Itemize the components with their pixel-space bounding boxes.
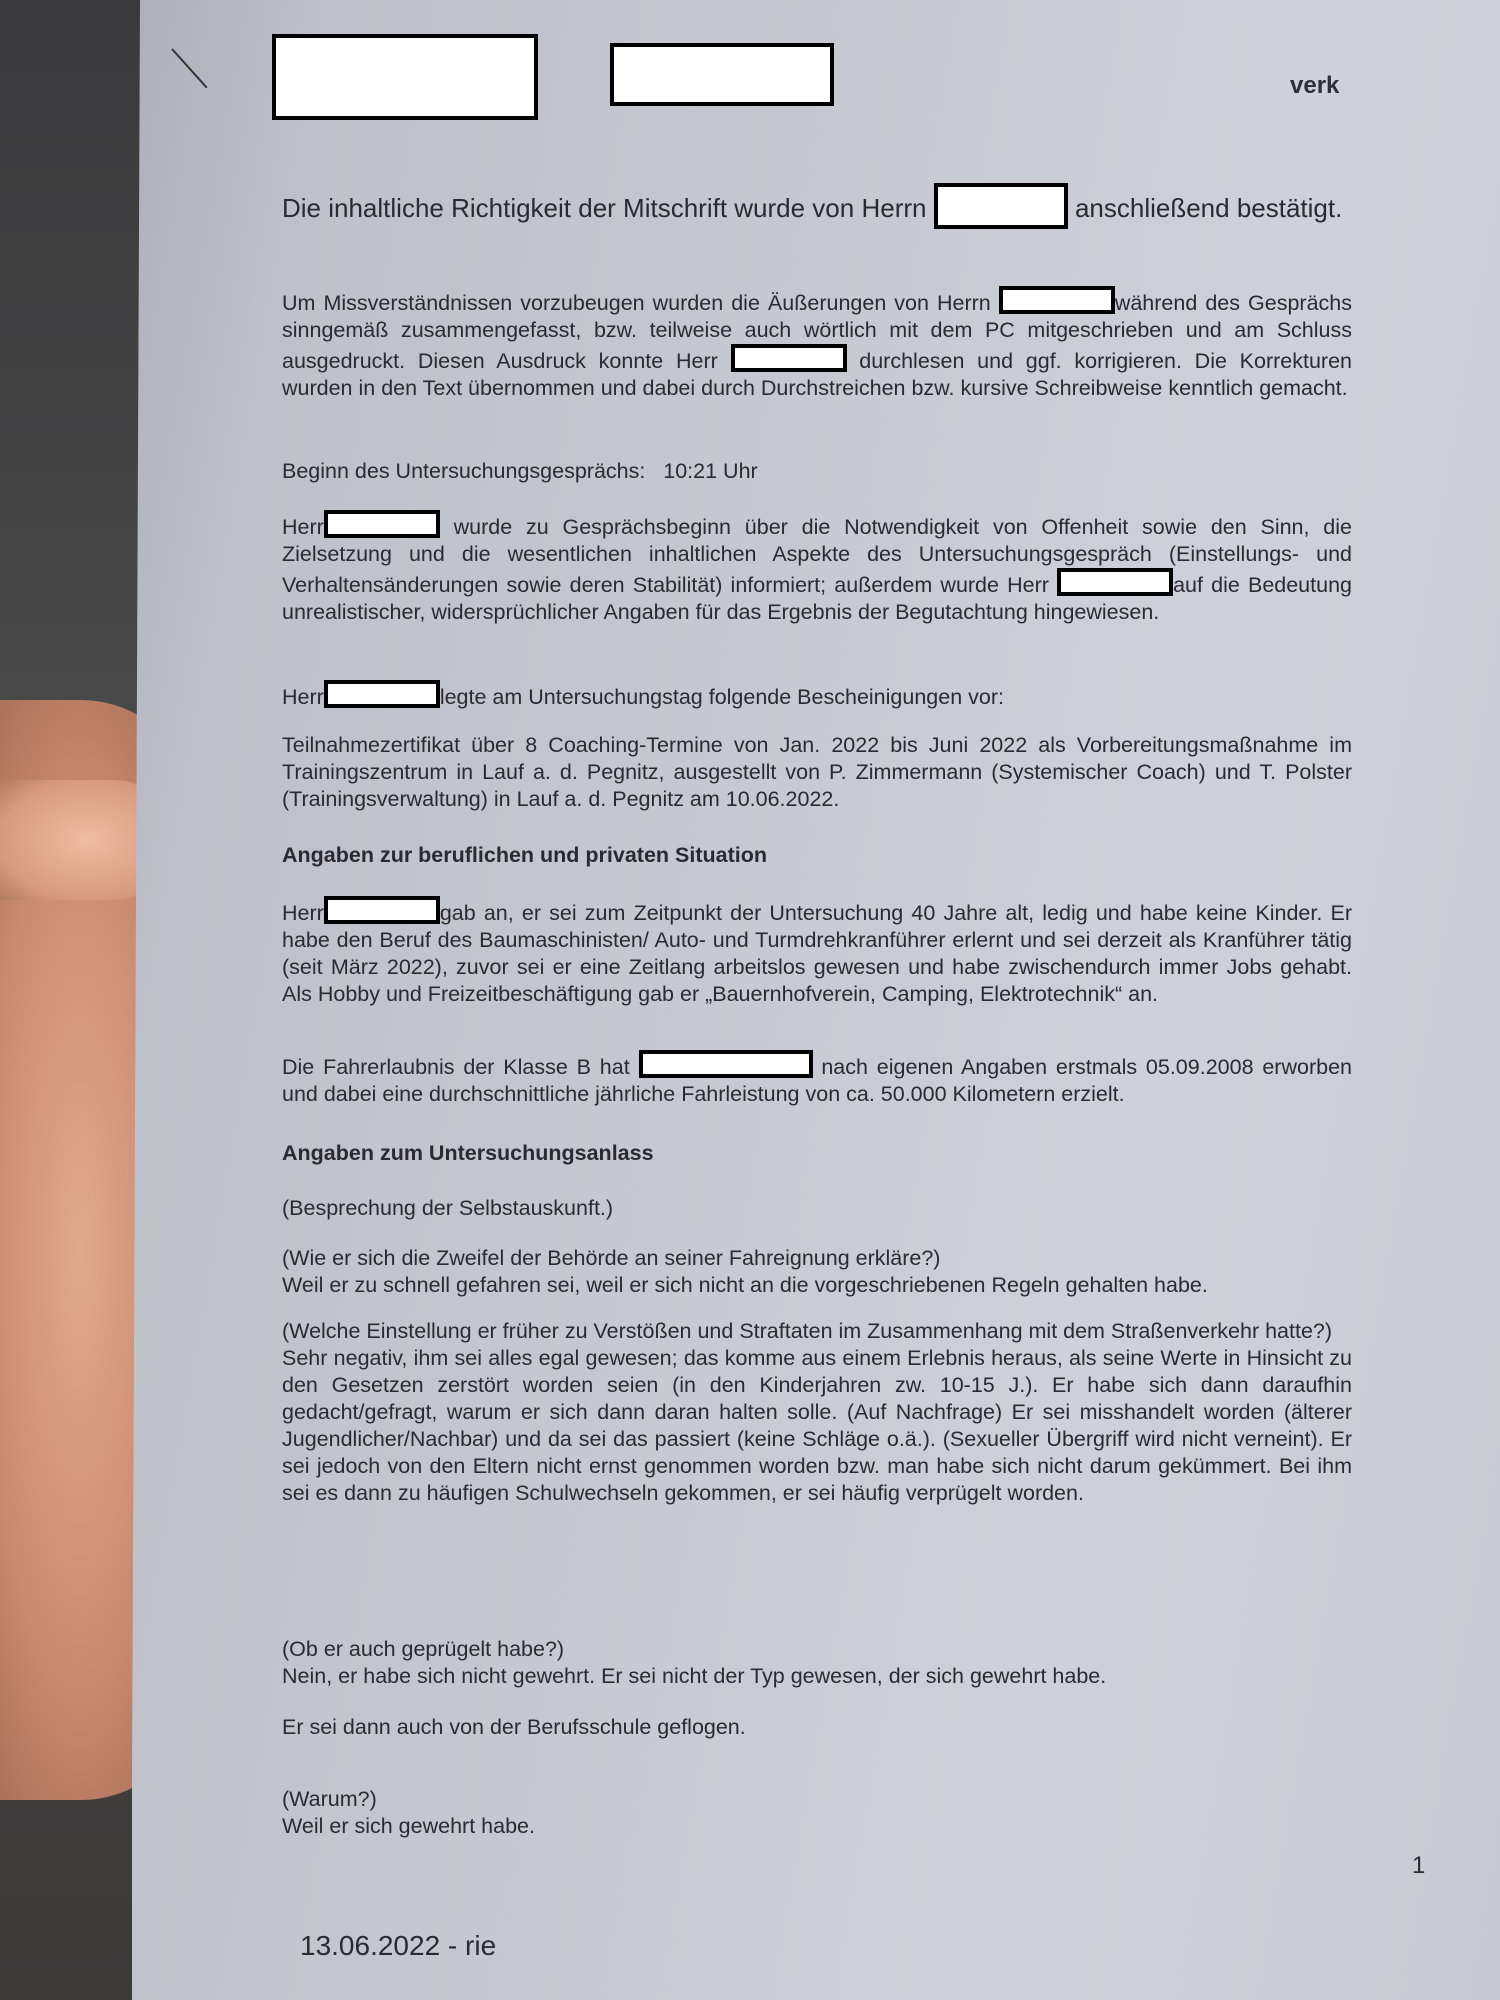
redacted-name — [999, 286, 1115, 314]
statement: Er sei dann auch von der Berufsschule ge… — [282, 1714, 1352, 1741]
page-number: 1 — [1412, 1852, 1425, 1880]
question: (Ob er auch geprügelt habe?) — [282, 1636, 1352, 1663]
redacted-name — [934, 183, 1068, 229]
question: (Warum?) — [282, 1786, 1352, 1813]
para2-text-a: Herr — [282, 515, 324, 539]
redacted-logo — [272, 34, 538, 120]
para4-text-b: gab an, er sei zum Zeitpunkt der Untersu… — [282, 901, 1352, 1006]
redacted-name — [324, 680, 440, 708]
question: (Welche Einstellung er früher zu Verstöß… — [282, 1318, 1352, 1345]
fold-mark — [171, 48, 207, 88]
qa-item: (Warum?) Weil er sich gewehrt habe. — [282, 1786, 1352, 1840]
redacted-name — [324, 510, 440, 538]
paragraph-situation: Herrgab an, er sei zum Zeitpunkt der Unt… — [282, 896, 1352, 1008]
intro-text-post: anschließend bestätigt. — [1075, 193, 1342, 223]
self-disclosure-note: (Besprechung der Selbstauskunft.) — [282, 1195, 1352, 1222]
header-right-label: verk — [1290, 72, 1339, 100]
redacted-name — [639, 1050, 813, 1078]
start-time-label: Beginn des Untersuchungsgesprächs: — [282, 459, 645, 483]
section-heading-reason: Angaben zum Untersuchungsanlass — [282, 1140, 1352, 1167]
start-time: Beginn des Untersuchungsgesprächs: 10:21… — [282, 458, 1352, 485]
redacted-name — [1057, 568, 1173, 596]
para3-text-a: Herr — [282, 685, 324, 709]
answer: Sehr negativ, ihm sei alles egal gewesen… — [282, 1345, 1352, 1507]
intro-text-pre: Die inhaltliche Richtigkeit der Mitschri… — [282, 193, 926, 223]
answer: Weil er zu schnell gefahren sei, weil er… — [282, 1272, 1352, 1299]
qa-item: (Ob er auch geprügelt habe?) Nein, er ha… — [282, 1636, 1352, 1690]
question: (Wie er sich die Zweifel der Behörde an … — [282, 1245, 1352, 1272]
qa-item: (Welche Einstellung er früher zu Verstöß… — [282, 1318, 1352, 1507]
section-heading-situation: Angaben zur beruflichen und privaten Sit… — [282, 842, 1352, 869]
redacted-name — [731, 344, 847, 372]
para5-text-a: Die Fahrerlaubnis der Klasse B hat — [282, 1055, 630, 1079]
answer: Nein, er habe sich nicht gewehrt. Er sei… — [282, 1663, 1352, 1690]
date-signature: 13.06.2022 - rie — [300, 1930, 496, 1962]
paragraph-method: Um Missverständnissen vorzubeugen wurden… — [282, 286, 1352, 402]
paragraph-license: Die Fahrerlaubnis der Klasse B hat nach … — [282, 1050, 1352, 1108]
qa-item: (Wie er sich die Zweifel der Behörde an … — [282, 1245, 1352, 1299]
paragraph-briefing: Herr wurde zu Gesprächsbeginn über die N… — [282, 510, 1352, 626]
para3-text-b: legte am Untersuchungstag folgende Besch… — [440, 685, 1004, 709]
paragraph-certificates-intro: Herrlegte am Untersuchungstag folgende B… — [282, 680, 1352, 711]
redacted-name — [324, 896, 440, 924]
redacted-header — [610, 43, 834, 106]
answer: Weil er sich gewehrt habe. — [282, 1813, 1352, 1840]
para4-text-a: Herr — [282, 901, 324, 925]
certificate-description: Teilnahmezertifikat über 8 Coaching-Term… — [282, 732, 1352, 813]
intro-statement: Die inhaltliche Richtigkeit der Mitschri… — [282, 183, 1352, 229]
document-page: verk Die inhaltliche Richtigkeit der Mit… — [132, 0, 1500, 2000]
para1-text-a: Um Missverständnissen vorzubeugen wurden… — [282, 291, 991, 315]
qa-item: Er sei dann auch von der Berufsschule ge… — [282, 1714, 1352, 1741]
start-time-value: 10:21 Uhr — [663, 459, 757, 483]
